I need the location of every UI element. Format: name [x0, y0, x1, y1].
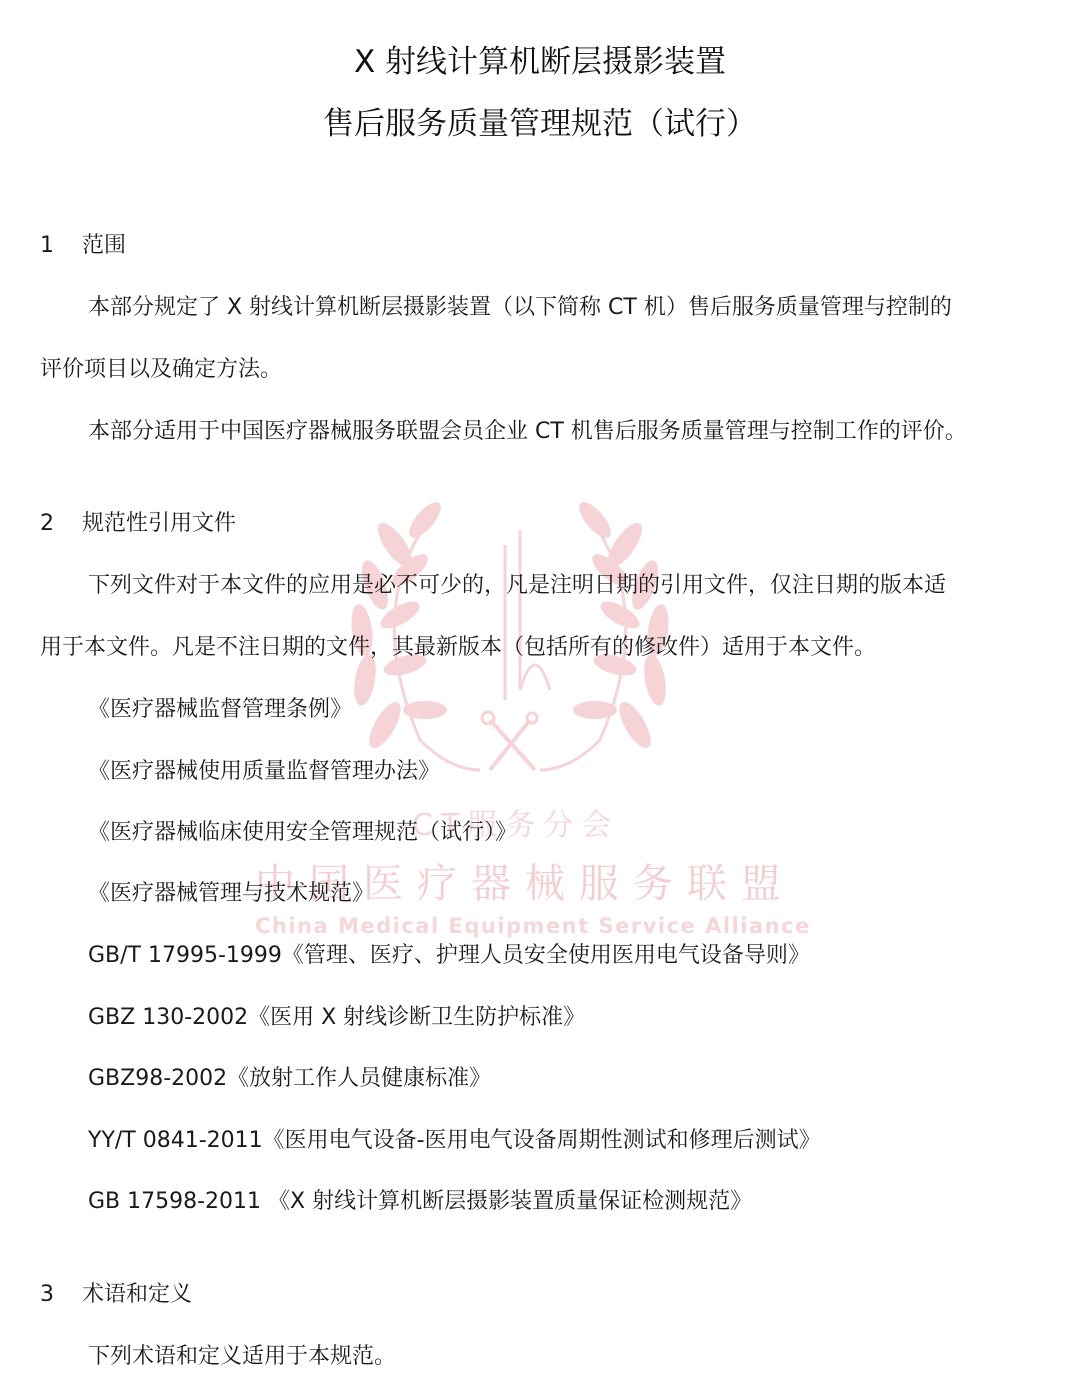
reference-item: 《医疗器械使用质量监督管理办法》	[88, 754, 440, 785]
reference-item: GBZ98-2002《放射工作人员健康标准》	[88, 1061, 491, 1092]
section-number: 1	[40, 233, 82, 258]
paragraph-continuation: 用于本文件。凡是不注日期的文件，其最新版本（包括所有的修改件）适用于本文件。	[40, 630, 876, 661]
paragraph: 下列文件对于本文件的应用是必不可少的，凡是注明日期的引用文件，仅注日期的版本适	[88, 568, 946, 599]
paragraph-continuation: 评价项目以及确定方法。	[40, 352, 282, 383]
reference-item: GB/T 17995-1999《管理、医疗、护理人员安全使用医用电气设备导则》	[88, 938, 810, 969]
section-heading-3: 3术语和定义	[40, 1277, 192, 1308]
reference-item: GBZ 130-2002《医用 X 射线诊断卫生防护标准》	[88, 1000, 585, 1031]
section-title: 术语和定义	[82, 1282, 192, 1307]
paragraph: 下列术语和定义适用于本规范。	[88, 1339, 396, 1370]
document-title-line2: 售后服务质量管理规范（试行）	[0, 98, 1080, 143]
section-title: 范围	[82, 233, 126, 258]
watermark-english-text: China Medical Equipment Service Alliance	[255, 914, 811, 938]
section-heading-1: 1范围	[40, 228, 126, 259]
section-heading-2: 2规范性引用文件	[40, 506, 236, 537]
section-number: 2	[40, 511, 82, 536]
document-title-line1: X 射线计算机断层摄影装置	[0, 36, 1080, 81]
reference-item: 《医疗器械管理与技术规范》	[88, 876, 374, 907]
reference-item: YY/T 0841-2011《医用电气设备-医用电气设备周期性测试和修理后测试》	[88, 1123, 821, 1154]
paragraph: 本部分适用于中国医疗器械服务联盟会员企业 CT 机售后服务质量管理与控制工作的评…	[88, 414, 967, 445]
reference-item: 《医疗器械监督管理条例》	[88, 692, 352, 723]
reference-item: GB 17598-2011 《X 射线计算机断层摄影装置质量保证检测规范》	[88, 1184, 752, 1215]
section-title: 规范性引用文件	[82, 511, 236, 536]
paragraph: 本部分规定了 X 射线计算机断层摄影装置（以下简称 CT 机）售后服务质量管理与…	[88, 290, 952, 321]
section-number: 3	[40, 1282, 82, 1307]
reference-item: 《医疗器械临床使用安全管理规范（试行）》	[88, 815, 517, 846]
